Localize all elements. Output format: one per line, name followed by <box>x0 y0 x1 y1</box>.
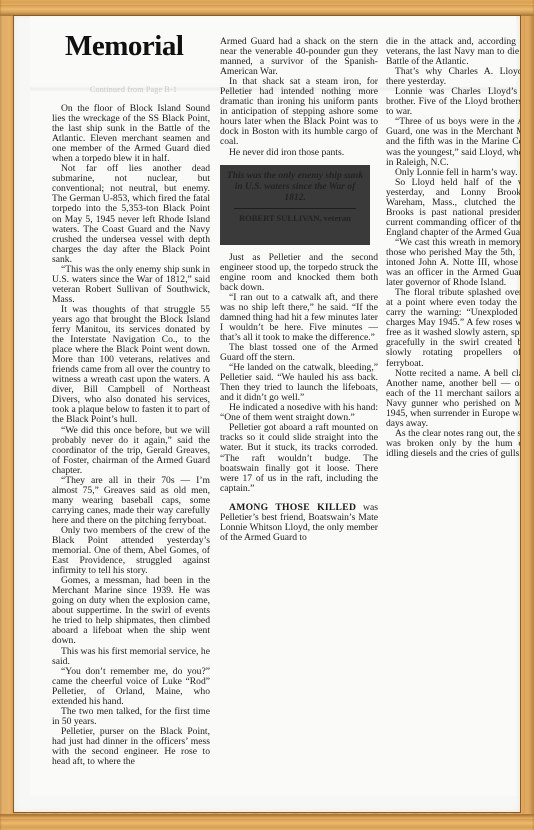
paragraph: Not far off lies another dead submarine,… <box>52 164 210 264</box>
wooden-picture-frame: Memorial Continued from Page B-1 On the … <box>0 0 534 830</box>
paragraph: Only two members of the crew of the Blac… <box>52 526 210 576</box>
paragraph: He indicated a nosedive with his hand: “… <box>220 403 378 423</box>
paragraph: “We did this once before, but we will pr… <box>52 426 210 476</box>
pull-quote-attribution: ROBERT SULLIVAN, veteran <box>226 213 364 224</box>
pull-quote-rule <box>234 208 356 209</box>
paragraph: On the floor of Block Island Sound lies … <box>52 104 210 164</box>
article-column-3: die in the attack and, according to the … <box>386 37 520 459</box>
headline: Memorial <box>65 30 183 63</box>
paragraph: The floral tribute splashed overboard at… <box>386 288 520 368</box>
paragraph: “I ran out to a catwalk aft, and there w… <box>220 293 378 343</box>
newspaper-clipping: Memorial Continued from Page B-1 On the … <box>30 16 516 796</box>
paragraph: As the clear notes rang out, the silence… <box>386 429 520 459</box>
paragraph: He never did iron those pants. <box>220 148 378 158</box>
article-column-1: On the floor of Block Island Sound lies … <box>52 104 210 767</box>
paragraph: The blast tossed one of the Armed Guard … <box>220 343 378 363</box>
paragraph: In that shack sat a steam iron, for Pell… <box>220 77 378 147</box>
paragraph: Lonnie was Charles Lloyd’s older brother… <box>386 87 520 117</box>
paragraph: “Three of us boys were in the Armed Guar… <box>386 117 520 167</box>
paragraph: “They are all in their 70s — I’m almost … <box>52 476 210 526</box>
paragraph: “He landed on the catwalk, bleeding,” Pe… <box>220 363 378 403</box>
paragraph: The two men talked, for the first time i… <box>52 707 210 727</box>
mat-paper: Memorial Continued from Page B-1 On the … <box>14 16 520 812</box>
paragraph: “We cast this wreath in memory of all th… <box>386 238 520 288</box>
paragraph: It was thoughts of that struggle 55 year… <box>52 305 210 426</box>
paragraph: This was his first memorial service, he … <box>52 647 210 667</box>
paragraph: Pelletier got aboard a raft mounted on t… <box>220 423 378 493</box>
paragraph-subhead: AMONG THOSE KILLED was Pelletier’s best … <box>220 503 378 543</box>
continued-note: Continued from Page B-1 <box>90 85 177 94</box>
paragraph: die in the attack and, according to the … <box>386 37 520 67</box>
paragraph: Pelletier, purser on the Black Point, ha… <box>52 727 210 767</box>
paragraph: “You don’t remember me, do you?” came th… <box>52 667 210 707</box>
paragraph: Notte recited a name. A bell clanged. An… <box>386 369 520 429</box>
paragraph: That’s why Charles A. Lloyd was there ye… <box>386 67 520 87</box>
paragraph: Just as Pelletier and the second enginee… <box>220 253 378 293</box>
pull-quote-text: This was the only enemy ship sunk in U.S… <box>226 171 364 204</box>
article-column-2: Armed Guard had a shack on the stern nea… <box>220 37 378 543</box>
paragraph: “This was the only enemy ship sunk in U.… <box>52 265 210 305</box>
frame-bottom-rail <box>0 814 534 830</box>
frame-top-rail <box>0 0 534 16</box>
paragraph: Gomes, a messman, had been in the Mercha… <box>52 576 210 646</box>
paragraph: So Lloyd held half of the wreath yesterd… <box>386 178 520 238</box>
pull-quote-box: This was the only enemy ship sunk in U.S… <box>220 165 370 245</box>
paragraph: Armed Guard had a shack on the stern nea… <box>220 37 378 77</box>
